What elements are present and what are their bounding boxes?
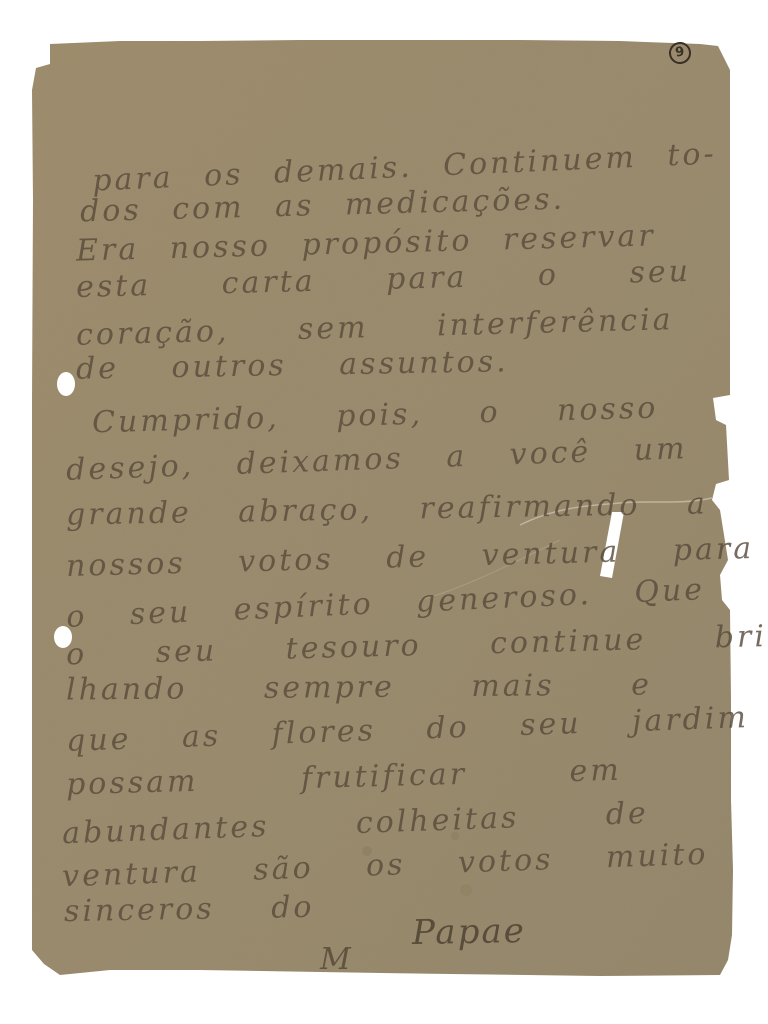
signature: Papae xyxy=(412,911,526,953)
letter-line-18: sinceros do xyxy=(64,890,315,929)
scan-stage: 9 para os demais. Continuem to- dos com … xyxy=(0,0,768,1024)
signature-initial-mark: M xyxy=(320,942,351,977)
letter-line-13: lhando sempre mais e xyxy=(66,667,652,707)
